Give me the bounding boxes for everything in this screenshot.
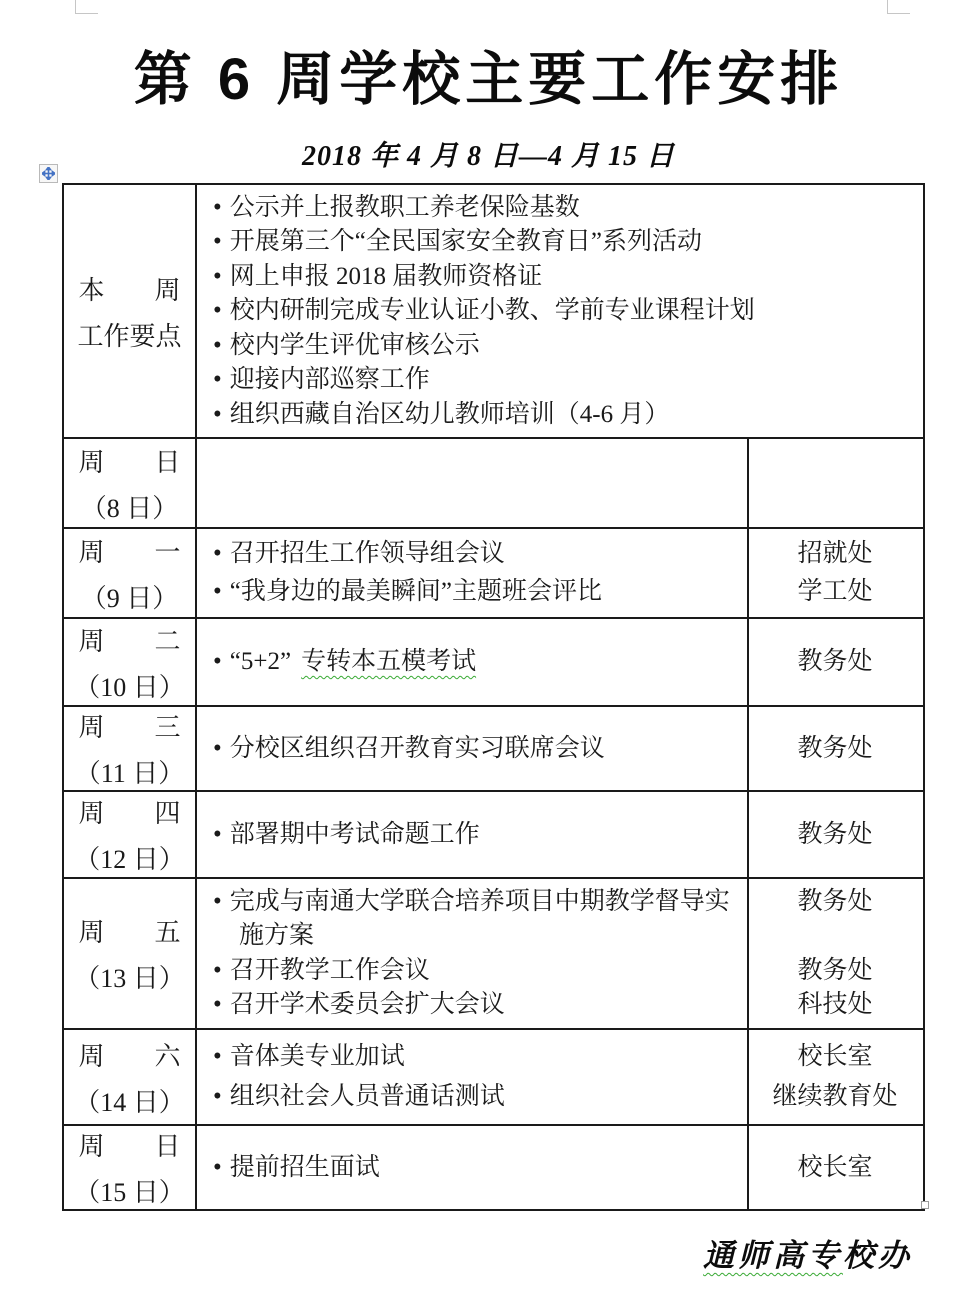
department-cell: 教务处 [747,645,923,679]
day-label-line: （14 日） [71,1082,189,1119]
task-line: •“我身边的最美瞬间”主题班会评比学工处 [197,575,923,609]
page-title: 第 6 周学校主要工作安排 [0,32,977,116]
column-divider [747,792,749,877]
task-line: •召开学术委员会扩大会议科技处 [197,988,923,1022]
day-label-line: 周 一 [79,532,181,569]
department-cell: 科技处 [747,988,923,1022]
task-text: •召开招生工作领导组会议 [197,537,747,571]
department-cell: 继续教育处 [747,1080,923,1114]
task-text: •部署期中考试命题工作 [197,818,747,852]
column-divider [747,1126,749,1209]
column-divider [747,707,749,790]
bullet-icon: • [213,578,222,605]
task-text: •召开教学工作会议 [197,954,747,988]
day-label-cell: 周 日（15 日） [64,1126,197,1209]
bullet-icon: • [213,401,222,428]
day-content-area: •完成与南通大学联合培养项目中期教学督导实施方案教务处•召开教学工作会议教务处•… [197,879,923,1028]
table-row: 本 周工作要点•公示并上报教职工养老保险基数•开展第三个“全民国家安全教育日”系… [64,185,923,437]
task-text: •校内研制完成专业认证小教、学前专业课程计划 [197,294,923,328]
day-content-area: •部署期中考试命题工作教务处 [197,792,923,877]
day-label-line: 周 六 [79,1036,181,1073]
task-text-segment: 公示并上报教职工养老保险基数 [230,194,580,221]
task-text-segment: 完成与南通大学联合培养项目中期教学督导实施方案 [230,888,730,949]
task-line: •“5+2”专转本五模考试教务处 [197,645,923,679]
task-line: •校内研制完成专业认证小教、学前专业课程计划 [197,294,923,328]
task-line: •组织社会人员普通话测试继续教育处 [197,1080,923,1114]
department-cell: 招就处 [747,537,923,571]
day-label-cell: 本 周工作要点 [64,185,197,437]
department-cell: 教务处 [747,954,923,988]
task-text-segment: 音体美专业加试 [230,1043,405,1070]
task-text-segment: “我身边的最美瞬间”主题班会评比 [230,578,602,605]
footer-signature: 通师高专校办 [703,1230,913,1275]
day-label-line: 周 五 [79,912,181,949]
day-content-area: •“5+2”专转本五模考试教务处 [197,619,923,705]
day-label-line: （13 日） [71,958,189,995]
day-label-line: （15 日） [71,1172,189,1209]
table-row: 周 三（11 日）•分校区组织召开教育实习联席会议教务处 [64,705,923,790]
table-row: 周 二（10 日）•“5+2”专转本五模考试教务处 [64,617,923,705]
schedule-table: 本 周工作要点•公示并上报教职工养老保险基数•开展第三个“全民国家安全教育日”系… [62,183,925,1211]
task-text-segment: 网上申报 2018 届教师资格证 [230,263,543,290]
day-content-area [197,439,923,527]
task-text: •分校区组织召开教育实习联席会议 [197,732,747,766]
task-text-segment: 召开学术委员会扩大会议 [230,991,505,1018]
bullet-icon: • [213,1043,222,1070]
day-label-line: 周 二 [79,621,181,658]
day-content-area: •音体美专业加试校长室•组织社会人员普通话测试继续教育处 [197,1030,923,1124]
day-label-line: 周 三 [79,707,181,744]
task-text: •校内学生评优审核公示 [197,329,923,363]
margin-crop-mark-top-right [887,0,910,14]
bullet-icon: • [213,366,222,393]
task-text: •“我身边的最美瞬间”主题班会评比 [197,575,747,609]
task-line: •公示并上报教职工养老保险基数 [197,191,923,225]
task-text: •开展第三个“全民国家安全教育日”系列活动 [197,225,923,259]
task-text: •召开学术委员会扩大会议 [197,988,747,1022]
spellcheck-underlined-text: 专转本五模考试 [301,648,476,675]
bullet-icon: • [213,1083,222,1110]
day-label-line: 工作要点 [71,316,189,353]
day-content-area: •分校区组织召开教育实习联席会议教务处 [197,707,923,790]
table-row: 周 五（13 日）•完成与南通大学联合培养项目中期教学督导实施方案教务处•召开教… [64,877,923,1028]
day-content-area: •召开招生工作领导组会议招就处•“我身边的最美瞬间”主题班会评比学工处 [197,529,923,617]
task-text-segment: 分校区组织召开教育实习联席会议 [230,735,605,762]
day-label-cell: 周 二（10 日） [64,619,197,705]
task-text-segment: 提前招生面试 [230,1154,380,1181]
task-line: •完成与南通大学联合培养项目中期教学督导实施方案教务处 [197,885,923,953]
task-line: •音体美专业加试校长室 [197,1040,923,1074]
task-line: •召开招生工作领导组会议招就处 [197,537,923,571]
task-text: •组织社会人员普通话测试 [197,1080,747,1114]
day-label-cell: 周 日（8 日） [64,439,197,527]
task-line: •召开教学工作会议教务处 [197,954,923,988]
task-text-segment: 组织西藏自治区幼儿教师培训（4-6 月） [230,401,670,428]
column-divider [747,879,749,1028]
task-text-segment: 校内学生评优审核公示 [230,332,480,359]
bullet-icon: • [213,263,222,290]
column-divider [747,1030,749,1124]
table-row: 周 日（8 日） [64,437,923,527]
task-text: •完成与南通大学联合培养项目中期教学督导实施方案 [197,885,747,953]
task-line: •提前招生面试校长室 [197,1151,923,1185]
department-cell: 校长室 [747,1151,923,1185]
day-label-line: 本 周 [79,270,181,307]
column-divider [747,529,749,617]
bullet-icon: • [213,991,222,1018]
task-line: •开展第三个“全民国家安全教育日”系列活动 [197,225,923,259]
day-label-line: （12 日） [71,839,189,876]
task-text-segment: 召开招生工作领导组会议 [230,540,505,567]
department-cell: 教务处 [747,732,923,766]
day-label-cell: 周 一（9 日） [64,529,197,617]
bullet-icon: • [213,1154,222,1181]
day-content-area: •提前招生面试校长室 [197,1126,923,1209]
day-label-cell: 周 五（13 日） [64,879,197,1028]
day-label-cell: 周 三（11 日） [64,707,197,790]
bullet-icon: • [213,297,222,324]
table-row: 周 四（12 日）•部署期中考试命题工作教务处 [64,790,923,877]
bullet-icon: • [213,648,222,675]
bullet-icon: • [213,228,222,255]
table-row: 周 日（15 日）•提前招生面试校长室 [64,1124,923,1209]
task-line: •迎接内部巡察工作 [197,363,923,397]
bullet-icon: • [213,735,222,762]
task-text: •“5+2”专转本五模考试 [197,645,747,679]
day-label-cell: 周 六（14 日） [64,1030,197,1124]
table-row: 周 一（9 日）•召开招生工作领导组会议招就处•“我身边的最美瞬间”主题班会评比… [64,527,923,617]
task-text: •提前招生面试 [197,1151,747,1185]
task-text-segment: 部署期中考试命题工作 [230,821,480,848]
margin-crop-mark-top-left [75,0,98,14]
column-divider [747,439,749,527]
task-text-segment: 迎接内部巡察工作 [230,366,430,393]
task-text-segment: “5+2” [230,648,291,675]
footer-signature-rest: 校办 [843,1238,913,1273]
task-line: •分校区组织召开教育实习联席会议教务处 [197,732,923,766]
department-cell: 校长室 [747,1040,923,1074]
bullet-icon: • [213,957,222,984]
department-cell: 学工处 [747,575,923,609]
column-divider [747,619,749,705]
table-move-handle[interactable] [39,164,58,183]
task-text: •组织西藏自治区幼儿教师培训（4-6 月） [197,398,923,432]
table-resize-handle[interactable] [921,1201,929,1209]
task-text: •迎接内部巡察工作 [197,363,923,397]
task-line: •校内学生评优审核公示 [197,329,923,363]
footer-signature-underlined: 通师高专 [703,1238,843,1273]
weekly-highlights-cell: •公示并上报教职工养老保险基数•开展第三个“全民国家安全教育日”系列活动•网上申… [197,185,923,437]
task-text: •音体美专业加试 [197,1040,747,1074]
task-text-segment: 召开教学工作会议 [230,957,430,984]
bullet-icon: • [213,888,222,915]
task-text-segment: 开展第三个“全民国家安全教育日”系列活动 [230,228,702,255]
bullet-icon: • [213,332,222,359]
day-label-line: 周 四 [79,793,181,830]
day-label-line: （11 日） [71,753,189,790]
move-cross-icon [42,167,55,180]
date-range: 2018 年 4 月 8 日—4 月 15 日 [0,134,977,174]
day-label-line: （8 日） [71,488,189,525]
task-text-segment: 校内研制完成专业认证小教、学前专业课程计划 [230,297,755,324]
task-line: •部署期中考试命题工作教务处 [197,818,923,852]
department-cell: 教务处 [747,818,923,852]
day-label-line: 周 日 [79,1126,181,1163]
bullet-icon: • [213,540,222,567]
department-cell: 教务处 [747,885,923,919]
day-label-line: 周 日 [79,442,181,479]
bullet-icon: • [213,194,222,221]
day-label-line: （9 日） [71,578,189,615]
task-line: •网上申报 2018 届教师资格证 [197,260,923,294]
bullet-icon: • [213,821,222,848]
task-text-segment: 组织社会人员普通话测试 [230,1083,505,1110]
task-line: •组织西藏自治区幼儿教师培训（4-6 月） [197,398,923,432]
task-text: •公示并上报教职工养老保险基数 [197,191,923,225]
table-row: 周 六（14 日）•音体美专业加试校长室•组织社会人员普通话测试继续教育处 [64,1028,923,1124]
day-label-line: （10 日） [71,667,189,704]
day-label-cell: 周 四（12 日） [64,792,197,877]
task-text: •网上申报 2018 届教师资格证 [197,260,923,294]
